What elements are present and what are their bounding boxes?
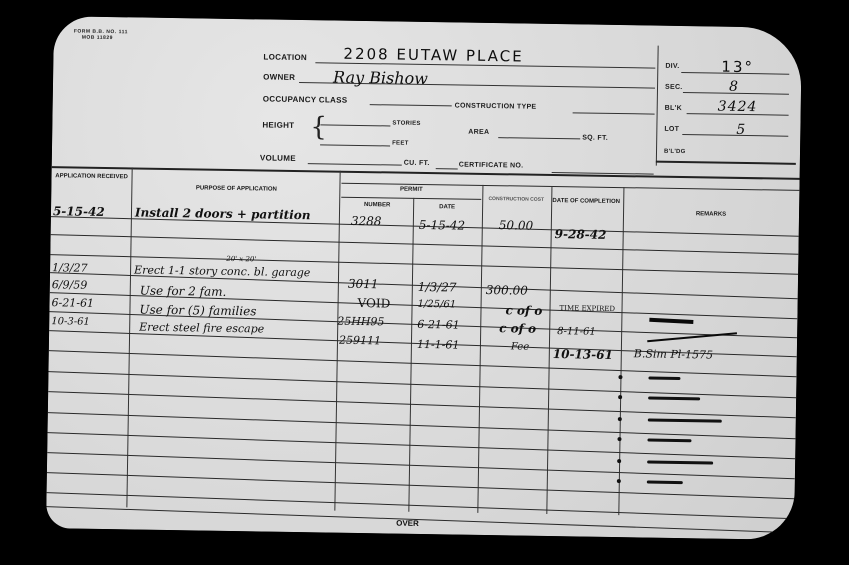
header-cost: CONSTRUCTION COST [483,195,549,204]
height-brace: { [310,112,327,142]
table-row: 1/3/27 20' x 20' Erect 1-1 story conc. b… [54,16,802,28]
header-date: DATE [413,203,481,212]
header-number: NUMBER [341,201,413,210]
sqft-label: SQ. FT. [582,134,608,141]
sec-value: 8 [729,79,738,95]
cuft-label: CU. FT. [404,160,430,167]
div-value: 13° [721,58,754,77]
blk-label: BL'K [665,105,682,112]
strike-mark [649,318,693,324]
volume-label: VOLUME [260,153,296,163]
header-received: APPLICATION RECEIVED [53,172,129,181]
div-label: DIV. [665,63,679,70]
table-row: 10-3-61 Erect steel fire escape 259111 1… [54,16,802,28]
header-remarks: REMARKS [623,209,799,220]
header-permit: PERMIT [341,185,481,195]
bldg-label: B'L'DG [664,149,686,155]
table-row: 6/9/59 Use for 2 fam. VOID 1/25/61 c of … [54,16,802,28]
table-row: 6-21-61 Use for (5) families 25HH95 6-21… [54,16,802,28]
feet-label: FEET [392,140,409,146]
sec-label: SEC. [665,84,683,91]
area-label: AREA [468,129,489,136]
form-number: FORM B.B. NO. 111 MOB 11829 [74,28,128,41]
construction-type-label: CONSTRUCTION TYPE [455,102,537,110]
height-label: HEIGHT [262,120,294,130]
certificate-label: CERTIFICATE NO. [459,162,524,170]
location-label: LOCATION [263,52,307,62]
header-purpose: PURPOSE OF APPLICATION [133,183,339,194]
header-completion: DATE OF COMPLETION [551,197,621,206]
lot-label: LOT [664,126,679,133]
table-row: 5-15-42 Install 2 doors + partition 3288… [54,16,802,28]
lot-value: 5 [736,122,745,138]
occupancy-class-label: OCCUPANCY CLASS [263,94,348,104]
blk-value: 3424 [718,99,758,116]
stories-label: STORIES [392,120,420,126]
over-label: OVER [396,519,419,528]
permit-record-card: FORM B.B. NO. 111 MOB 11829 LOCATION 220… [46,16,802,540]
owner-label: OWNER [263,72,295,82]
owner-value: Ray Bishow [333,68,428,88]
location-value: 2208 EUTAW PLACE [343,45,523,66]
